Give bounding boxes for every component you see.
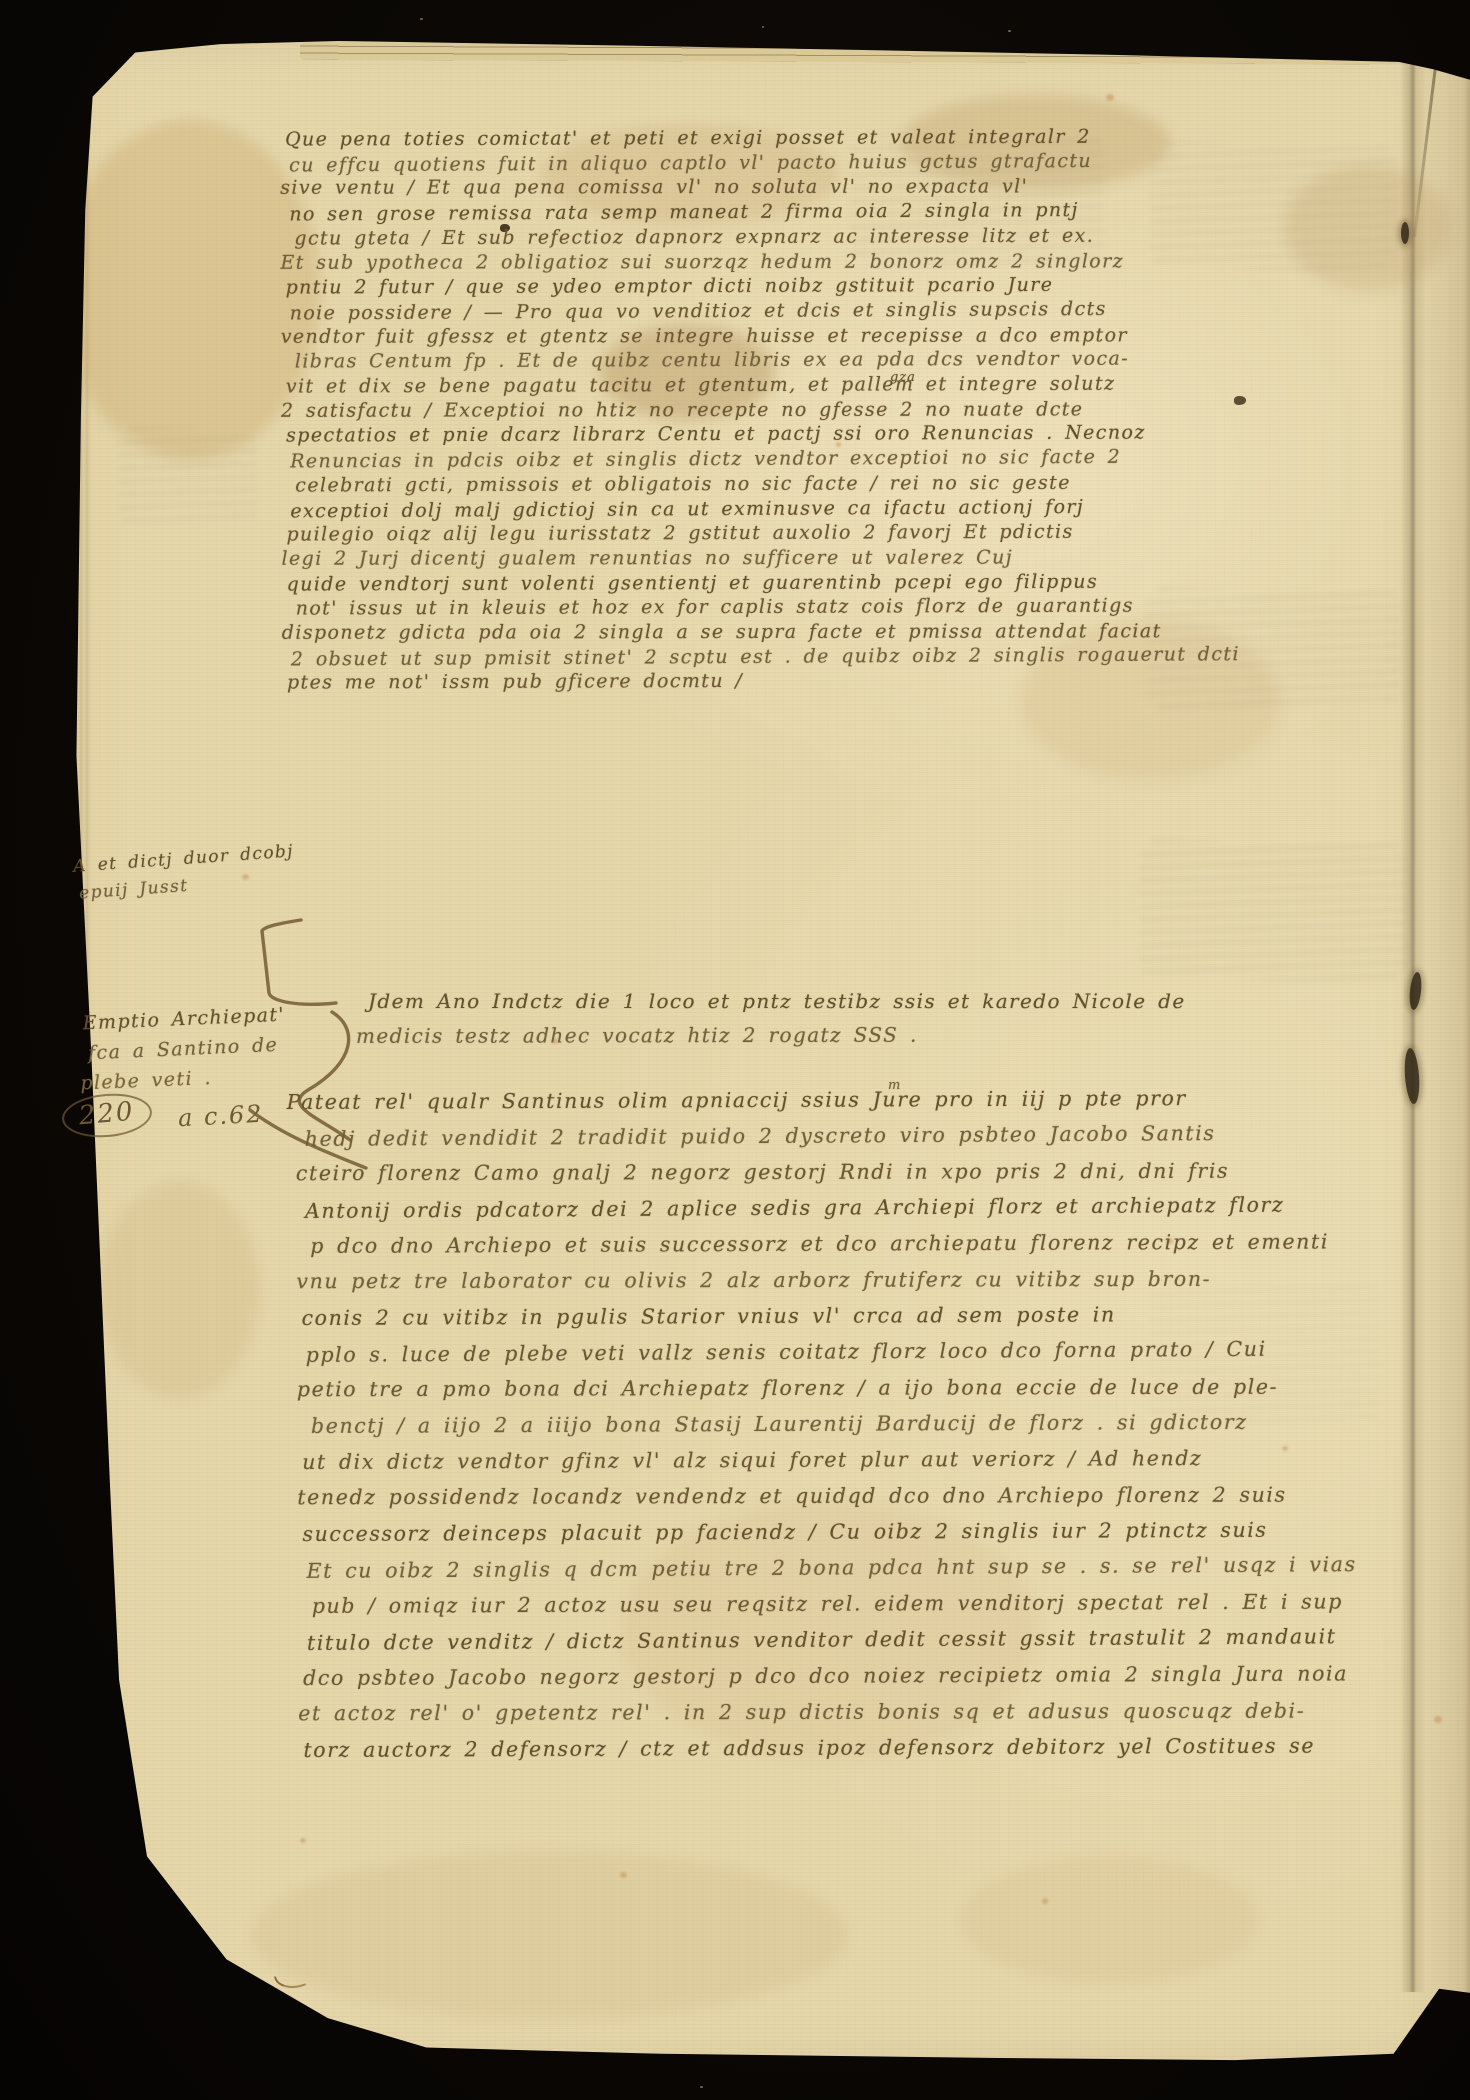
manuscript-line: sive ventu / Et qua pena comissa vl' no … [280,175,1150,201]
show-through [118,428,258,528]
foxing-dot [1042,1898,1048,1904]
manuscript-line: Et sub ypotheca 2 obligatioz sui suorzqz… [280,249,1150,275]
manuscript-line: conis 2 cu vitibz in pgulis Starior vniu… [301,1296,1201,1336]
background-speck [700,2086,703,2088]
manuscript-line: Et cu oibz 2 singlis q dcm petiu tre 2 b… [307,1547,1207,1589]
gutter-crease [1400,62,1426,1992]
text-block-primary: Que pena toties comictat' et peti et exi… [285,124,1157,695]
background-speck [1008,30,1011,32]
manuscript-line: dco psbteo Jacobo negorz gestorj p dco d… [303,1656,1203,1696]
manuscript-line: pplo s. luce de plebe veti vallz senis c… [306,1331,1206,1373]
manuscript-line: not' issus ut in kleuis et hoz ex for ca… [296,594,1166,622]
stain-spot [250,1850,850,2020]
manuscript-line: Jdem Ano Indctz die 1 loco et pntz testi… [368,984,1168,1018]
manuscript-line: tenedz possidendz locandz vendendz et qu… [297,1477,1197,1515]
notarial-subscription: Jdem Ano Indctz die 1 loco et pntz testi… [368,984,1168,1052]
manuscript-line: petio tre a pmo bona dci Archiepatz flor… [297,1369,1197,1407]
manuscript-line: celebrati gcti, pmissois et obligatois n… [295,470,1165,498]
manuscript-line: gctu gteta / Et sub refectioz dapnorz ex… [294,223,1164,251]
foxing-dot [300,1838,306,1843]
show-through [1150,142,1395,270]
manuscript-line: vnu petz tre laborator cu olivis 2 alz a… [296,1261,1196,1299]
background-speck [762,26,764,28]
manuscript-line: 2 obsuet ut sup pmisit stinet' 2 scptu e… [291,642,1161,672]
manuscript-line: vendtor fuit gfessz et gtentz se integre… [281,323,1151,349]
foxing-dot [620,1872,627,1878]
manuscript-line: ptes me not' issm pub gficere docmtu / [287,668,1157,696]
manuscript-line: torz auctorz 2 defensorz / ctz et addsus… [303,1728,1203,1768]
manuscript-line: cu effcu quotiens fuit in aliquo captlo … [289,148,1159,178]
foxing-dot [1106,94,1114,101]
manuscript-line: disponetz gdicta pda oia 2 singla a se s… [282,619,1152,645]
manuscript-line: Que pena toties comictat' et peti et exi… [285,124,1155,152]
background-speck [420,18,423,20]
manuscript-line: vit et dix se bene pagatu tacitu et gten… [286,372,1156,400]
foxing-dot [1282,1446,1288,1451]
show-through [1140,840,1405,980]
manuscript-line: successorz deinceps placuit pp faciendz … [302,1512,1202,1552]
manuscript-line: noie possidere / — Pro qua vo venditioz … [290,296,1160,326]
manuscript-line: pntiu 2 futur / que se ydeo emptor dicti… [286,273,1156,301]
manuscript-line: benctj / a iijo 2 a iiijo bona Stasij La… [311,1404,1211,1444]
interlinear-note: gza [890,370,916,385]
stain-spot [960,1855,1260,1985]
manuscript-photo-stage: Que pena toties comictat' et peti et exi… [0,0,1470,2100]
manuscript-line: medicis testz adhec vocatz htiz 2 rogatz… [356,1017,1172,1053]
folio-number: 220 [60,1090,153,1141]
manuscript-line: 2 satisfactu / Exceptioi no htiz no rece… [281,397,1151,423]
wormhole [1401,222,1409,244]
manuscript-line: exceptioi dolj malj gdictioj sin ca ut e… [290,494,1160,524]
pen-flourish [180,900,460,1210]
manuscript-line: puilegio oiqz alij legu iurisstatz 2 gst… [286,520,1156,548]
stain-spot [100,1180,260,1400]
manuscript-line: et actoz rel' o' gpetentz rel' . in 2 su… [298,1693,1198,1731]
manuscript-line: ut dix dictz vendtor gfinz vl' alz siqui… [302,1440,1202,1480]
manuscript-line: legi 2 Jurj dicentj gualem renuntias no … [281,545,1151,571]
interlinear-note: m [888,1078,901,1093]
foxing-dot [1434,1716,1442,1723]
manuscript-line: libras Centum fp . Et de quibz centu lib… [295,347,1165,375]
manuscript-line: p dco dno Archiepo et suis successorz et… [310,1224,1210,1264]
manuscript-line: quide vendtorj sunt volenti gsentientj e… [287,569,1157,597]
manuscript-line: pub / omiqz iur 2 actoz usu seu reqsitz … [312,1584,1212,1624]
manuscript-line: titulo dcte venditz / dictz Santinus ven… [307,1619,1207,1661]
